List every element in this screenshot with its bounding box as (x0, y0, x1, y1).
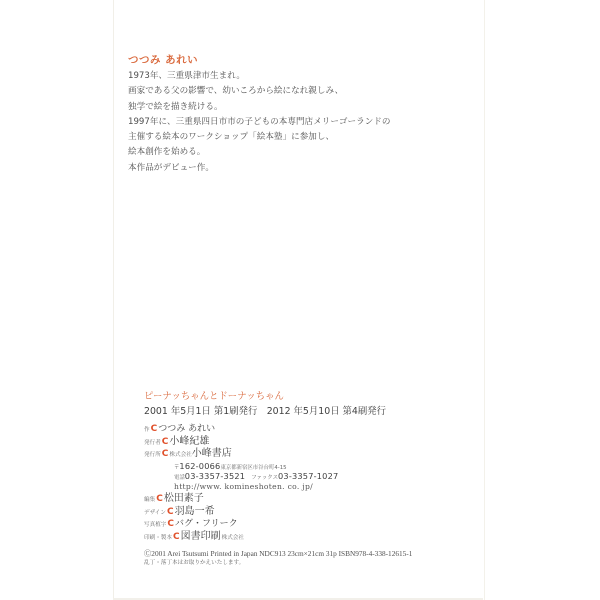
credit-role: 写真植字 (144, 519, 166, 532)
credit-mark-icon: C (167, 518, 174, 531)
credit-value: 松田素子 (164, 493, 204, 506)
credit-role: 作 (144, 424, 150, 437)
author-bio: つつみ あれい 1973年、三重県津市生まれ。 画家である父の影響で、幼いころか… (128, 53, 488, 176)
credit-role: 発行所 (144, 449, 161, 462)
author-name: つつみ あれい (128, 53, 488, 68)
production-credits: 編集 C 松田素子 デザイン C 羽島一希 写真植字 C バグ・フリーク 印刷・… (144, 493, 494, 543)
replacement-notice: 乱丁・落丁本はお取りかえいたします。 (144, 559, 494, 568)
credit-mark-icon: C (162, 436, 169, 449)
bio-line: 独学で絵を描き続ける。 (128, 100, 488, 115)
credit-mark-icon: C (162, 448, 169, 461)
credit-value: 小峰書店 (192, 448, 232, 461)
bio-line: 主催する絵本のワークショップ「絵本塾」に参加し、 (128, 130, 488, 145)
credit-role: 印刷・製本 (144, 532, 172, 545)
bio-line: 1997年に、三重県四日市市の子どもの本専門店メリーゴーランドの (128, 115, 488, 130)
credit-printing: 印刷・製本 C 図書印刷 株式会社 (144, 531, 494, 544)
website: http://www. komineshoten. co. jp/ (174, 482, 494, 493)
credit-mark-icon: C (156, 493, 163, 506)
credit-role: デザイン (144, 507, 166, 520)
credit-mark-icon: C (167, 506, 174, 519)
bio-line: 本作品がデビュー作。 (128, 161, 488, 176)
credit-role: 編集 (144, 494, 155, 507)
credit-publisher-company: 発行所 C 株式会社 小峰書店 (144, 448, 494, 461)
copyright-line: Ⓒ2001 Arei Tsutsumi Printed in Japan NDC… (144, 548, 494, 559)
book-title: ピーナッちゃんとドーナッちゃん (144, 390, 494, 404)
credit-value: バグ・フリーク (175, 518, 238, 531)
credit-design: デザイン C 羽島一希 (144, 506, 494, 519)
credit-editor: 編集 C 松田素子 (144, 493, 494, 506)
edition-info: 2001 年5月1日 第1刷発行 2012 年5月10日 第4刷発行 (144, 404, 494, 420)
credit-suffix: 株式会社 (222, 532, 244, 545)
credit-publisher-person: 発行者 C 小峰紀雄 (144, 436, 494, 449)
credit-mark-icon: C (151, 423, 158, 436)
fax-number: 03-3357-1027 (278, 471, 338, 482)
phone-fax: 電話 03-3357-3521 ファックス 03-3357-1027 (174, 471, 494, 482)
postal-code: 162-0066 (179, 461, 220, 472)
colophon: ピーナッちゃんとドーナッちゃん 2001 年5月1日 第1刷発行 2012 年5… (144, 390, 494, 568)
credit-typesetting: 写真植字 C バグ・フリーク (144, 518, 494, 531)
phone-number: 03-3357-3521 (185, 471, 245, 482)
credit-value: 羽島一希 (175, 506, 215, 519)
credit-author: 作 C つつみ あれい (144, 423, 494, 436)
credit-value: 図書印刷 (181, 531, 221, 544)
bio-line: 画家である父の影響で、幼いころから絵になれ親しみ、 (128, 84, 488, 99)
credit-value: 小峰紀雄 (169, 436, 209, 449)
credit-role: 発行者 (144, 437, 161, 450)
credit-value: つつみ あれい (158, 423, 215, 436)
bio-line: 絵本創作を始める。 (128, 145, 488, 160)
publisher-address: 〒 162-0066 東京都新宿区市谷台町4-15 電話 03-3357-352… (144, 461, 494, 493)
bio-line: 1973年、三重県津市生まれ。 (128, 69, 488, 84)
postal-address: 〒 162-0066 東京都新宿区市谷台町4-15 (174, 461, 494, 472)
credit-mark-icon: C (173, 531, 180, 544)
website-url: http://www. komineshoten. co. jp/ (174, 482, 313, 493)
